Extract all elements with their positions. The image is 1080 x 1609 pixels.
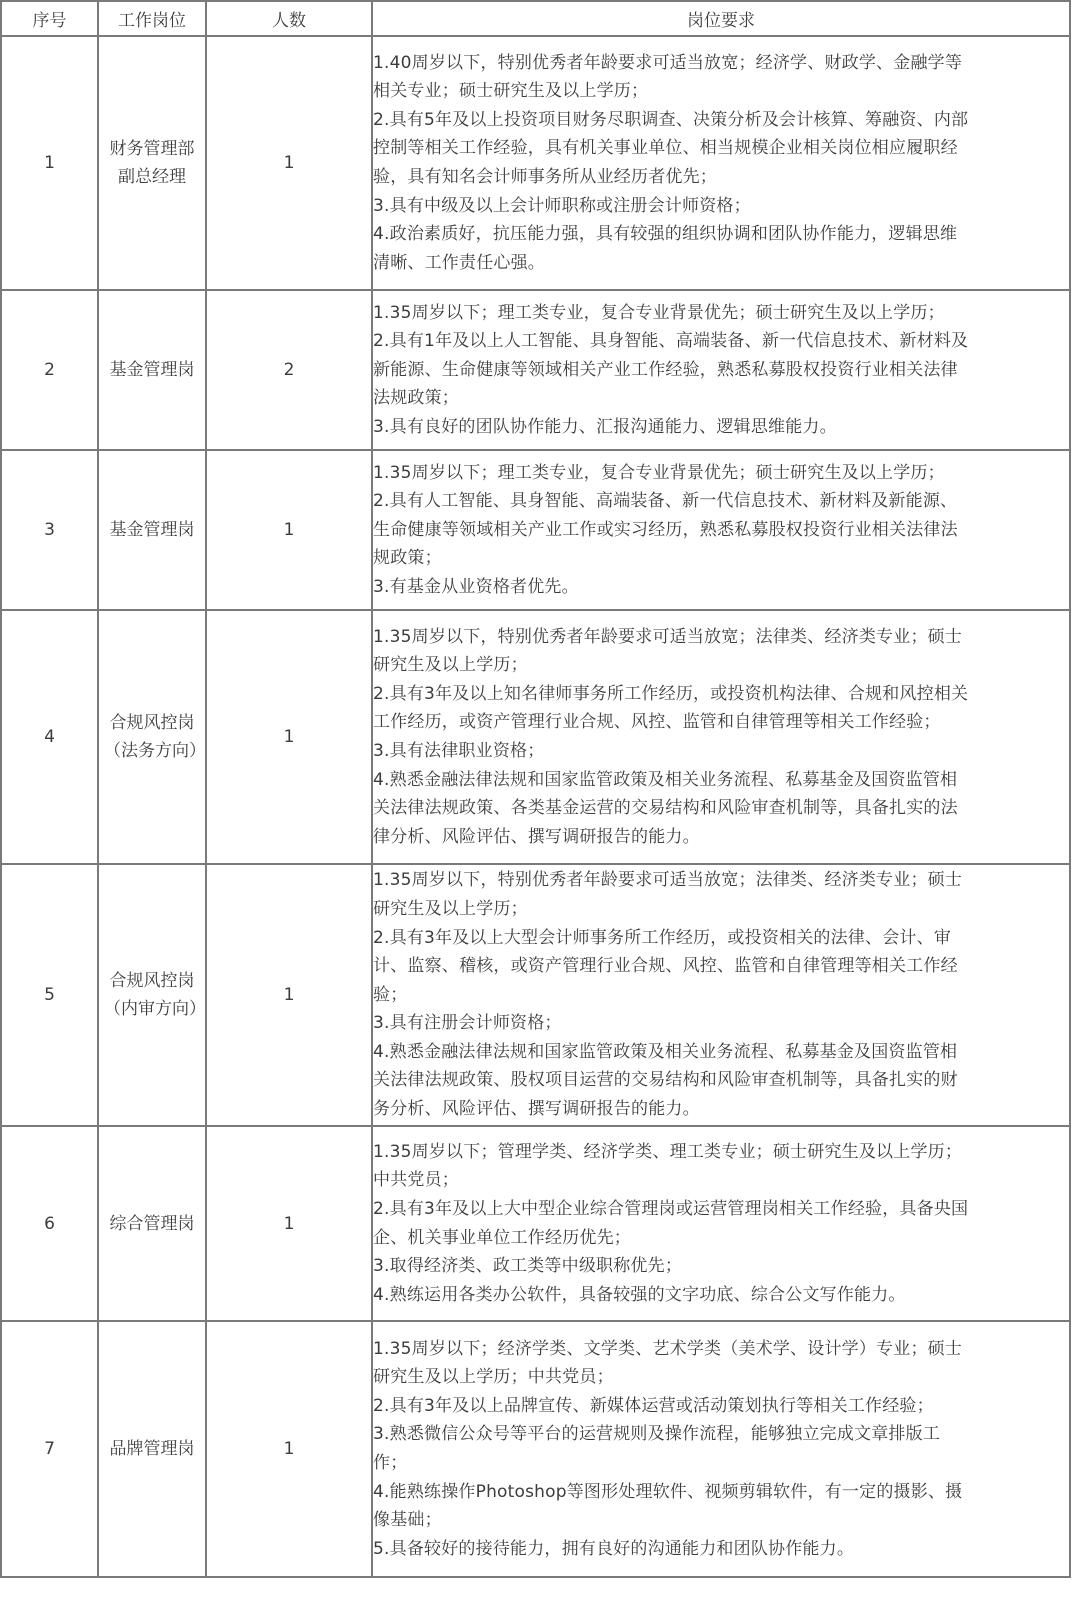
requirement-line: 中共党员； [373,1166,1069,1195]
row-index: 6 [1,1126,98,1321]
requirement-line: 1.35周岁以下，特别优秀者年龄要求可适当放宽；法律类、经济类专业；硕士 [373,623,1069,652]
requirement-line: 研究生及以上学历； [373,651,1069,680]
requirement-line: 2.具有1年及以上人工智能、具身智能、高端装备、新一代信息技术、新材料及 [373,327,1069,356]
requirement-line: 2.具有3年及以上大型会计师事务所工作经历，或投资相关的法律、会计、审 [373,924,1069,953]
requirement-line: 计、监察、稽核，或资产管理行业合规、风控、监管和自律管理等相关工作经 [373,952,1069,981]
header-index: 序号 [1,1,98,36]
requirement-line: 清晰、工作责任心强。 [373,249,1069,278]
requirement-line: 关法律法规政策、各类基金运营的交易结构和风险审查机制等，具备扎实的法 [373,794,1069,823]
row-requirements: 1.35周岁以下，特别优秀者年龄要求可适当放宽；法律类、经济类专业；硕士 研究生… [372,610,1070,864]
requirement-line: 3.熟悉微信公众号等平台的运营规则及操作流程，能够独立完成文章排版工 [373,1420,1069,1449]
row-requirements: 1.35周岁以下；经济学类、文学类、艺术学类（美术学、设计学）专业；硕士 研究生… [372,1321,1070,1577]
requirement-line: 3.具有中级及以上会计师职称或注册会计师资格； [373,192,1069,221]
row-requirements: 1.40周岁以下，特别优秀者年龄要求可适当放宽；经济学、财政学、金融学等 相关专… [372,36,1070,290]
requirement-line: 4.熟悉金融法律法规和国家监管政策及相关业务流程、私募基金及国资监管相 [373,1038,1069,1067]
recruitment-table: 序号 工作岗位 人数 岗位要求 1 财务管理部副总经理 1 1.40周岁以下，特… [0,0,1071,1578]
row-position: 基金管理岗 [98,450,206,610]
header-requirements: 岗位要求 [372,1,1070,36]
row-position: 财务管理部副总经理 [98,36,206,290]
requirement-line: 2.具有人工智能、具身智能、高端装备、新一代信息技术、新材料及新能源、 [373,487,1069,516]
row-count: 1 [206,1126,372,1321]
row-index: 7 [1,1321,98,1577]
requirement-line: 控制等相关工作经验，具有机关事业单位、相当规模企业相关岗位相应履职经 [373,134,1069,163]
requirement-line: 1.40周岁以下，特别优秀者年龄要求可适当放宽；经济学、财政学、金融学等 [373,49,1069,78]
position-label: 基金管理岗 [110,516,195,544]
row-count: 2 [206,290,372,450]
requirement-line: 关法律法规政策、股权项目运营的交易结构和风险审查机制等，具备扎实的财 [373,1066,1069,1095]
row-requirements: 1.35周岁以下；理工类专业，复合专业背景优先；硕士研究生及以上学历； 2.具有… [372,290,1070,450]
position-label: 品牌管理岗 [110,1435,195,1463]
requirement-line: 3.有基金从业资格者优先。 [373,573,1069,602]
requirement-line: 2.具有3年及以上知名律师事务所工作经历，或投资机构法律、合规和风控相关 [373,680,1069,709]
requirement-line: 验； [373,981,1069,1010]
row-position: 合规风控岗（法务方向） [98,610,206,864]
requirement-line: 4.政治素质好，抗压能力强，具有较强的组织协调和团队协作能力，逻辑思维 [373,220,1069,249]
row-count: 1 [206,450,372,610]
row-index: 2 [1,290,98,450]
position-label: 合规风控岗（内审方向） [104,967,200,1023]
position-label: 合规风控岗（法务方向） [104,709,200,765]
row-requirements: 1.35周岁以下；管理学类、经济学类、理工类专业；硕士研究生及以上学历； 中共党… [372,1126,1070,1321]
requirement-line: 1.35周岁以下；理工类专业，复合专业背景优先；硕士研究生及以上学历； [373,299,1069,328]
header-position: 工作岗位 [98,1,206,36]
requirement-line: 研究生及以上学历； [373,895,1069,924]
requirement-line: 2.具有3年及以上大中型企业综合管理岗或运营管理岗相关工作经验，具备央国 [373,1195,1069,1224]
position-label: 财务管理部副总经理 [104,135,200,191]
requirement-line: 验，具有知名会计师事务所从业经历者优先； [373,163,1069,192]
row-position: 合规风控岗（内审方向） [98,864,206,1126]
table-row: 7 品牌管理岗 1 1.35周岁以下；经济学类、文学类、艺术学类（美术学、设计学… [1,1321,1070,1577]
requirement-line: 研究生及以上学历；中共党员； [373,1363,1069,1392]
table-row: 4 合规风控岗（法务方向） 1 1.35周岁以下，特别优秀者年龄要求可适当放宽；… [1,610,1070,864]
position-label: 综合管理岗 [110,1210,195,1238]
requirement-line: 3.取得经济类、政工类等中级职称优先； [373,1252,1069,1281]
requirement-line: 规政策； [373,544,1069,573]
requirement-line: 3.具有注册会计师资格； [373,1009,1069,1038]
requirement-line: 2.具有3年及以上品牌宣传、新媒体运营或活动策划执行等相关工作经验； [373,1392,1069,1421]
requirement-line: 律分析、风险评估、撰写调研报告的能力。 [373,823,1069,852]
requirement-line: 4.熟悉金融法律法规和国家监管政策及相关业务流程、私募基金及国资监管相 [373,766,1069,795]
requirement-line: 新能源、生命健康等领域相关产业工作经验，熟悉私募股权投资行业相关法律 [373,356,1069,385]
header-count: 人数 [206,1,372,36]
row-count: 1 [206,864,372,1126]
requirement-line: 1.35周岁以下；经济学类、文学类、艺术学类（美术学、设计学）专业；硕士 [373,1335,1069,1364]
row-position: 品牌管理岗 [98,1321,206,1577]
requirement-line: 作； [373,1449,1069,1478]
requirement-line: 4.熟练运用各类办公软件，具备较强的文字功底、综合公文写作能力。 [373,1281,1069,1310]
requirement-line: 工作经历，或资产管理行业合规、风控、监管和自律管理等相关工作经验； [373,708,1069,737]
requirement-line: 1.35周岁以下；理工类专业，复合专业背景优先；硕士研究生及以上学历； [373,459,1069,488]
requirement-line: 2.具有5年及以上投资项目财务尽职调查、决策分析及会计核算、筹融资、内部 [373,106,1069,135]
row-count: 1 [206,610,372,864]
row-index: 3 [1,450,98,610]
table-row: 6 综合管理岗 1 1.35周岁以下；管理学类、经济学类、理工类专业；硕士研究生… [1,1126,1070,1321]
requirement-line: 相关专业；硕士研究生及以上学历； [373,77,1069,106]
table-row: 3 基金管理岗 1 1.35周岁以下；理工类专业，复合专业背景优先；硕士研究生及… [1,450,1070,610]
requirement-line: 1.35周岁以下；管理学类、经济学类、理工类专业；硕士研究生及以上学历； [373,1138,1069,1167]
row-index: 5 [1,864,98,1126]
position-label: 基金管理岗 [110,356,195,384]
row-requirements: 1.35周岁以下；理工类专业，复合专业背景优先；硕士研究生及以上学历； 2.具有… [372,450,1070,610]
row-index: 4 [1,610,98,864]
row-requirements: 1.35周岁以下，特别优秀者年龄要求可适当放宽；法律类、经济类专业；硕士 研究生… [372,864,1070,1126]
row-index: 1 [1,36,98,290]
row-count: 1 [206,36,372,290]
table-row: 2 基金管理岗 2 1.35周岁以下；理工类专业，复合专业背景优先；硕士研究生及… [1,290,1070,450]
requirement-line: 生命健康等领域相关产业工作或实习经历，熟悉私募股权投资行业相关法律法 [373,516,1069,545]
table-header-row: 序号 工作岗位 人数 岗位要求 [1,1,1070,36]
requirement-line: 1.35周岁以下，特别优秀者年龄要求可适当放宽；法律类、经济类专业；硕士 [373,866,1069,895]
requirement-line: 法规政策； [373,384,1069,413]
requirement-line: 像基础； [373,1506,1069,1535]
row-position: 基金管理岗 [98,290,206,450]
row-count: 1 [206,1321,372,1577]
requirement-line: 3.具有良好的团队协作能力、汇报沟通能力、逻辑思维能力。 [373,413,1069,442]
requirement-line: 务分析、风险评估、撰写调研报告的能力。 [373,1095,1069,1124]
requirement-line: 3.具有法律职业资格； [373,737,1069,766]
table-row: 5 合规风控岗（内审方向） 1 1.35周岁以下，特别优秀者年龄要求可适当放宽；… [1,864,1070,1126]
requirement-line: 5.具备较好的接待能力，拥有良好的沟通能力和团队协作能力。 [373,1535,1069,1564]
requirement-line: 4.能熟练操作Photoshop等图形处理软件、视频剪辑软件，有一定的摄影、摄 [373,1478,1069,1507]
row-position: 综合管理岗 [98,1126,206,1321]
table-row: 1 财务管理部副总经理 1 1.40周岁以下，特别优秀者年龄要求可适当放宽；经济… [1,36,1070,290]
requirement-line: 企、机关事业单位工作经历优先； [373,1224,1069,1253]
